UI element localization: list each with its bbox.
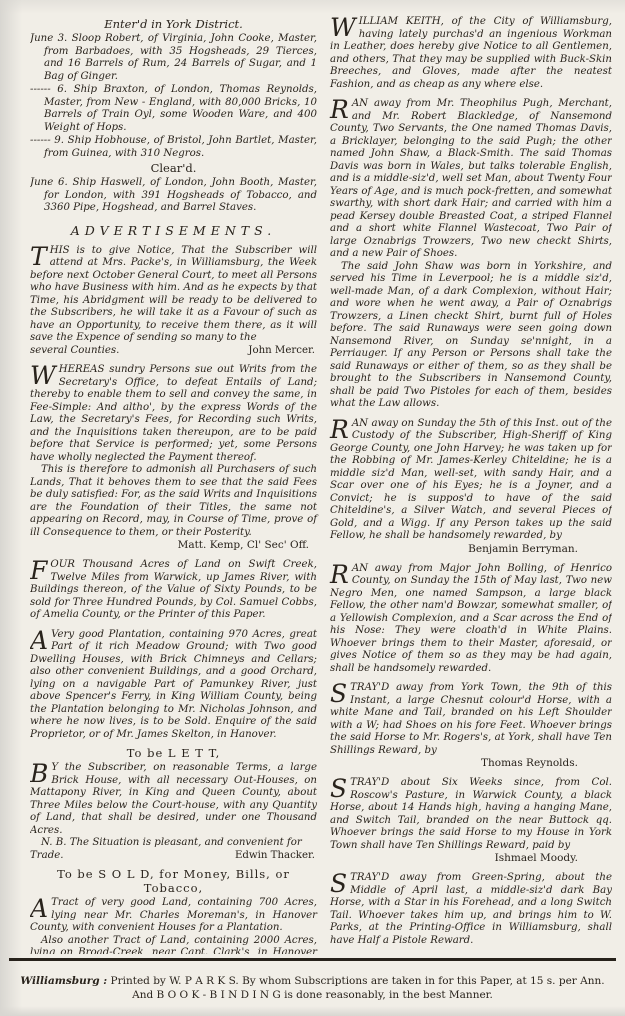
entered-heading: Enter'd in York District.	[30, 17, 317, 31]
signature: John Mercer.	[248, 345, 317, 358]
shipping-entry: ------ 9. Ship Hobhouse, of Bristol, Joh…	[30, 135, 317, 160]
shipping-entry: June 3. Sloop Robert, of Virginia, John …	[30, 33, 317, 83]
ad-body: ILLIAM KEITH, of the City of Williamsbur…	[330, 16, 612, 91]
dropcap-initial: S	[330, 682, 350, 704]
text-columns: Enter'd in York District. June 3. Sloop …	[30, 16, 612, 954]
dropcap-initial: T	[30, 245, 50, 267]
signature: Ishmael Moody.	[330, 852, 612, 865]
pugh-runaway-ad: R AN away from Mr. Theophilus Pugh, Merc…	[330, 98, 612, 411]
bolling-runaway-ad: R AN away from Major John Bolling, of He…	[330, 563, 612, 676]
signature-line: Trade. Edwin Thacker.	[30, 850, 317, 863]
nb-note: N. B. The Situation is pleasant, and con…	[30, 837, 317, 850]
ad-body: TRAY'D away from York Town, the 9th of t…	[330, 682, 612, 757]
dropcap-initial: S	[330, 777, 350, 799]
signature: Thomas Reynolds.	[330, 757, 612, 770]
plantation-ad: A Very good Plantation, containing 970 A…	[30, 629, 317, 742]
harvey-runaway-ad: R AN away on Sunday the 5th of this Inst…	[330, 418, 612, 556]
keith-leather-ad: W ILLIAM KEITH, of the City of Williamsb…	[330, 16, 612, 91]
cleared-heading: Clear'd.	[30, 161, 317, 175]
advertisements-heading: ADVERTISEMENTS.	[30, 223, 317, 238]
imprint-place: Williamsburg :	[20, 975, 107, 987]
shipping-entry: ------ 6. Ship Braxton, of London, Thoma…	[30, 84, 317, 134]
york-stray-horse-ad: S TRAY'D away from York Town, the 9th of…	[330, 682, 612, 770]
right-column: W ILLIAM KEITH, of the City of Williamsb…	[330, 16, 612, 954]
shipping-entry: June 6. Ship Haswell, of London, John Bo…	[30, 177, 317, 215]
ad-body-2: This is therefore to admonish all Purcha…	[30, 464, 317, 539]
dropcap-initial: R	[330, 98, 352, 120]
ad-body: Y the Subscriber, on reasonable Terms, a…	[30, 762, 317, 837]
imprint-footer: Williamsburg : Printed by W. P A R K S. …	[12, 975, 613, 1002]
ad-body: AN away on Sunday the 5th of this Inst. …	[330, 418, 612, 543]
dropcap-initial: R	[330, 418, 352, 440]
ad-body: AN away from Major John Bolling, of Henr…	[330, 563, 612, 676]
dropcap-initial: F	[30, 559, 50, 581]
to-be-sold-heading: To be S O L D, for Money, Bills, or Toba…	[30, 867, 317, 895]
to-be-lett-heading: To be L E T T,	[30, 746, 317, 760]
tract-ad: A Tract of very good Land, containing 70…	[30, 897, 317, 954]
signature: Matt. Kemp, Cl' Sec' Off.	[30, 539, 317, 552]
whereas-notice: W HEREAS sundry Persons sue out Writs fr…	[30, 364, 317, 552]
swift-creek-land-ad: F OUR Thousand Acres of Land on Swift Cr…	[30, 559, 317, 622]
dropcap-initial: W	[330, 16, 359, 38]
ad-body-2: Also another Tract of Land, containing 2…	[30, 935, 317, 955]
lett-ad: B Y the Subscriber, on reasonable Terms,…	[30, 762, 317, 862]
ad-body: OUR Thousand Acres of Land on Swift Cree…	[30, 559, 317, 622]
last-line: several Counties.	[30, 345, 119, 358]
ad-body: Tract of very good Land, containing 700 …	[30, 897, 317, 935]
ad-body: AN away from Mr. Theophilus Pugh, Mercha…	[330, 98, 612, 261]
imprint-text: Printed by W. P A R K S. By whom Subscri…	[111, 975, 605, 987]
signature-line: several Counties. John Mercer.	[30, 345, 317, 358]
left-column: Enter'd in York District. June 3. Sloop …	[30, 16, 317, 954]
greenspring-stray-horse-ad: S TRAY'D away from Green-Spring, about t…	[330, 872, 612, 947]
ad-body: HIS is to give Notice, That the Subscrib…	[30, 245, 317, 345]
ad-body: Very good Plantation, containing 970 Acr…	[30, 629, 317, 742]
footer-divider-rule	[9, 958, 616, 961]
imprint-line-1: Williamsburg : Printed by W. P A R K S. …	[12, 975, 613, 989]
dropcap-initial: B	[30, 762, 51, 784]
mercer-notice: T HIS is to give Notice, That the Subscr…	[30, 245, 317, 358]
last-line: Trade.	[30, 850, 64, 863]
imprint-line-2: And B O O K - B I N D I N G is done reas…	[12, 989, 613, 1003]
dropcap-initial: S	[330, 872, 350, 894]
ad-body: TRAY'D about Six Weeks since, from Col. …	[330, 777, 612, 852]
signature: Benjamin Berryman.	[330, 543, 612, 556]
roscow-stray-horse-ad: S TRAY'D about Six Weeks since, from Col…	[330, 777, 612, 865]
newspaper-page: Enter'd in York District. June 3. Sloop …	[0, 0, 625, 1016]
ad-body: HEREAS sundry Persons sue out Writs from…	[30, 364, 317, 464]
dropcap-initial: A	[30, 897, 51, 919]
dropcap-initial: R	[330, 563, 352, 585]
ad-body-2: The said John Shaw was born in Yorkshire…	[330, 261, 612, 411]
dropcap-initial: W	[30, 364, 59, 386]
signature: Edwin Thacker.	[235, 850, 317, 863]
dropcap-initial: A	[30, 629, 51, 651]
ad-body: TRAY'D away from Green-Spring, about the…	[330, 872, 612, 947]
